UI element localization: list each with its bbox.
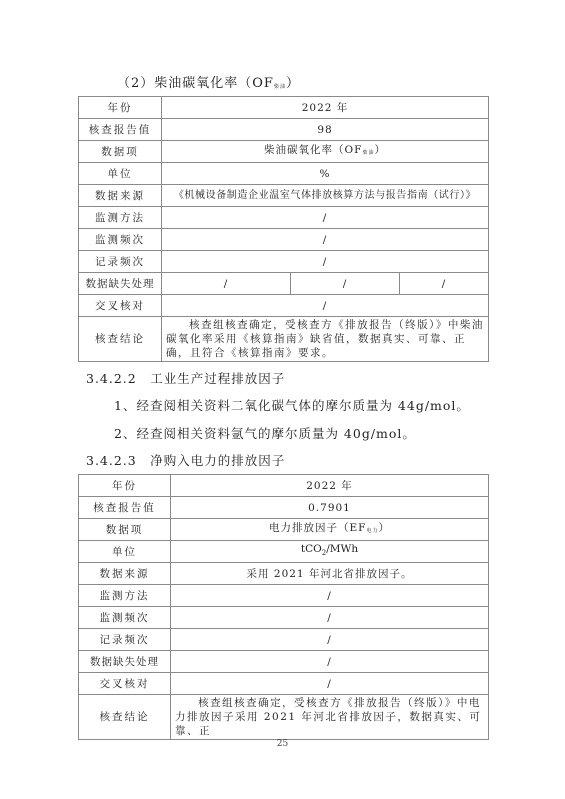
- conclusion-text: 核查组核查确定，受核查方《排放报告（终版）》中电力排放因子采用 2021 年河北…: [171, 695, 489, 740]
- row-value: /: [400, 273, 489, 295]
- table-row: 数据来源《机械设备制造企业温室气体排放核算方法与报告指南（试行）》: [79, 185, 489, 207]
- row-value: 98: [162, 119, 489, 141]
- row-value: 0.7901: [171, 497, 489, 519]
- row-value: 柴油碳氧化率（OF柴油）: [162, 141, 489, 163]
- row-value: 采用 2021 年河北省排放因子。: [171, 563, 489, 585]
- paragraph-item-1: 1、经查阅相关资料二氧化碳气体的摩尔质量为 44g/mol。: [114, 396, 470, 414]
- row-value: /: [171, 585, 489, 607]
- row-value: /: [171, 673, 489, 695]
- row-value: /: [162, 251, 489, 273]
- section-heading-3422: 3.4.2.2 工业生产过程排放因子: [86, 369, 285, 387]
- table-row: 数据缺失处理/: [79, 651, 489, 673]
- row-label: 核查结论: [79, 317, 162, 362]
- row-label: 单位: [79, 541, 171, 563]
- row-label: 数据来源: [79, 185, 162, 207]
- value-subscript: 电力: [366, 528, 378, 534]
- row-label: 年份: [79, 475, 171, 497]
- row-label: 数据缺失处理: [79, 273, 162, 295]
- row-label: 监测方法: [79, 585, 171, 607]
- row-label: 监测方法: [79, 207, 162, 229]
- row-value: 《机械设备制造企业温室气体排放核算方法与报告指南（试行）》: [162, 185, 489, 207]
- table-row: 监测频次/: [79, 607, 489, 629]
- row-value: /: [162, 273, 291, 295]
- value-text: 柴油碳氧化率（OF: [264, 144, 362, 156]
- table-row: 记录频次/: [79, 629, 489, 651]
- row-value: 电力排放因子（EF电力）: [171, 519, 489, 541]
- table-row: 年份2022 年: [79, 475, 489, 497]
- value-end: ）: [378, 522, 390, 534]
- row-label: 数据项: [79, 519, 171, 541]
- table-row: 核查报告值0.7901: [79, 497, 489, 519]
- row-value: /: [162, 295, 489, 317]
- table-row: 交叉核对/: [79, 673, 489, 695]
- table-row: 数据项柴油碳氧化率（OF柴油）: [79, 141, 489, 163]
- table-row: 记录频次/: [79, 251, 489, 273]
- unit-post: /MWh: [326, 543, 358, 555]
- row-label: 记录频次: [79, 629, 171, 651]
- row-label: 数据项: [79, 141, 162, 163]
- row-label: 交叉核对: [79, 295, 162, 317]
- table-row: 监测方法/: [79, 207, 489, 229]
- row-label: 核查报告值: [79, 497, 171, 519]
- row-label: 单位: [79, 163, 162, 185]
- row-value: %: [162, 163, 489, 185]
- table-row: 单位%: [79, 163, 489, 185]
- row-label: 数据来源: [79, 563, 171, 585]
- value-subscript: 柴油: [362, 150, 374, 156]
- heading-end: ）: [286, 76, 300, 91]
- diesel-oxidation-table: 年份2022 年 核查报告值98 数据项柴油碳氧化率（OF柴油） 单位% 数据来…: [78, 96, 489, 362]
- section-heading-3423: 3.4.2.3 净购入电力的排放因子: [86, 451, 285, 469]
- table-row: 核查结论核查组核查确定，受核查方《排放报告（终版）》中电力排放因子采用 2021…: [79, 695, 489, 740]
- table-row: 单位tCO2/MWh: [79, 541, 489, 563]
- row-value: /: [162, 207, 489, 229]
- table-row: 数据项电力排放因子（EF电力）: [79, 519, 489, 541]
- row-value: 2022 年: [162, 97, 489, 119]
- row-value: 2022 年: [171, 475, 489, 497]
- value-end: ）: [374, 144, 386, 156]
- row-label: 核查结论: [79, 695, 171, 740]
- row-value: tCO2/MWh: [171, 541, 489, 563]
- table-row: 监测频次/: [79, 229, 489, 251]
- row-label: 监测频次: [79, 607, 171, 629]
- row-value: /: [162, 229, 489, 251]
- paragraph-item-2: 2、经查阅相关资料氩气的摩尔质量为 40g/mol。: [114, 424, 416, 442]
- heading-text: （2）柴油碳氧化率（OF: [117, 76, 274, 91]
- row-value: /: [291, 273, 400, 295]
- conclusion-text: 核查组核查确定，受核查方《排放报告（终版）》中柴油碳氧化率采用《核算指南》缺省值…: [162, 317, 489, 362]
- row-label: 年份: [79, 97, 162, 119]
- table-row: 核查报告值98: [79, 119, 489, 141]
- row-label: 监测频次: [79, 229, 162, 251]
- row-label: 记录频次: [79, 251, 162, 273]
- table-row: 数据缺失处理///: [79, 273, 489, 295]
- row-label: 核查报告值: [79, 119, 162, 141]
- row-label: 数据缺失处理: [79, 651, 171, 673]
- table-row: 数据来源采用 2021 年河北省排放因子。: [79, 563, 489, 585]
- row-value: /: [171, 651, 489, 673]
- table-row: 年份2022 年: [79, 97, 489, 119]
- heading-subscript: 柴油: [274, 84, 286, 90]
- table-row: 交叉核对/: [79, 295, 489, 317]
- table-row: 核查结论核查组核查确定，受核查方《排放报告（终版）》中柴油碳氧化率采用《核算指南…: [79, 317, 489, 362]
- table-row: 监测方法/: [79, 585, 489, 607]
- page-number: 25: [0, 739, 565, 749]
- value-text: 电力排放因子（EF: [269, 522, 366, 534]
- row-value: /: [171, 607, 489, 629]
- electricity-factor-table: 年份2022 年 核查报告值0.7901 数据项电力排放因子（EF电力） 单位t…: [78, 474, 489, 740]
- unit-pre: tCO: [301, 543, 322, 555]
- row-value: /: [171, 629, 489, 651]
- row-label: 交叉核对: [79, 673, 171, 695]
- section-heading-diesel-oxidation: （2）柴油碳氧化率（OF柴油）: [117, 72, 300, 91]
